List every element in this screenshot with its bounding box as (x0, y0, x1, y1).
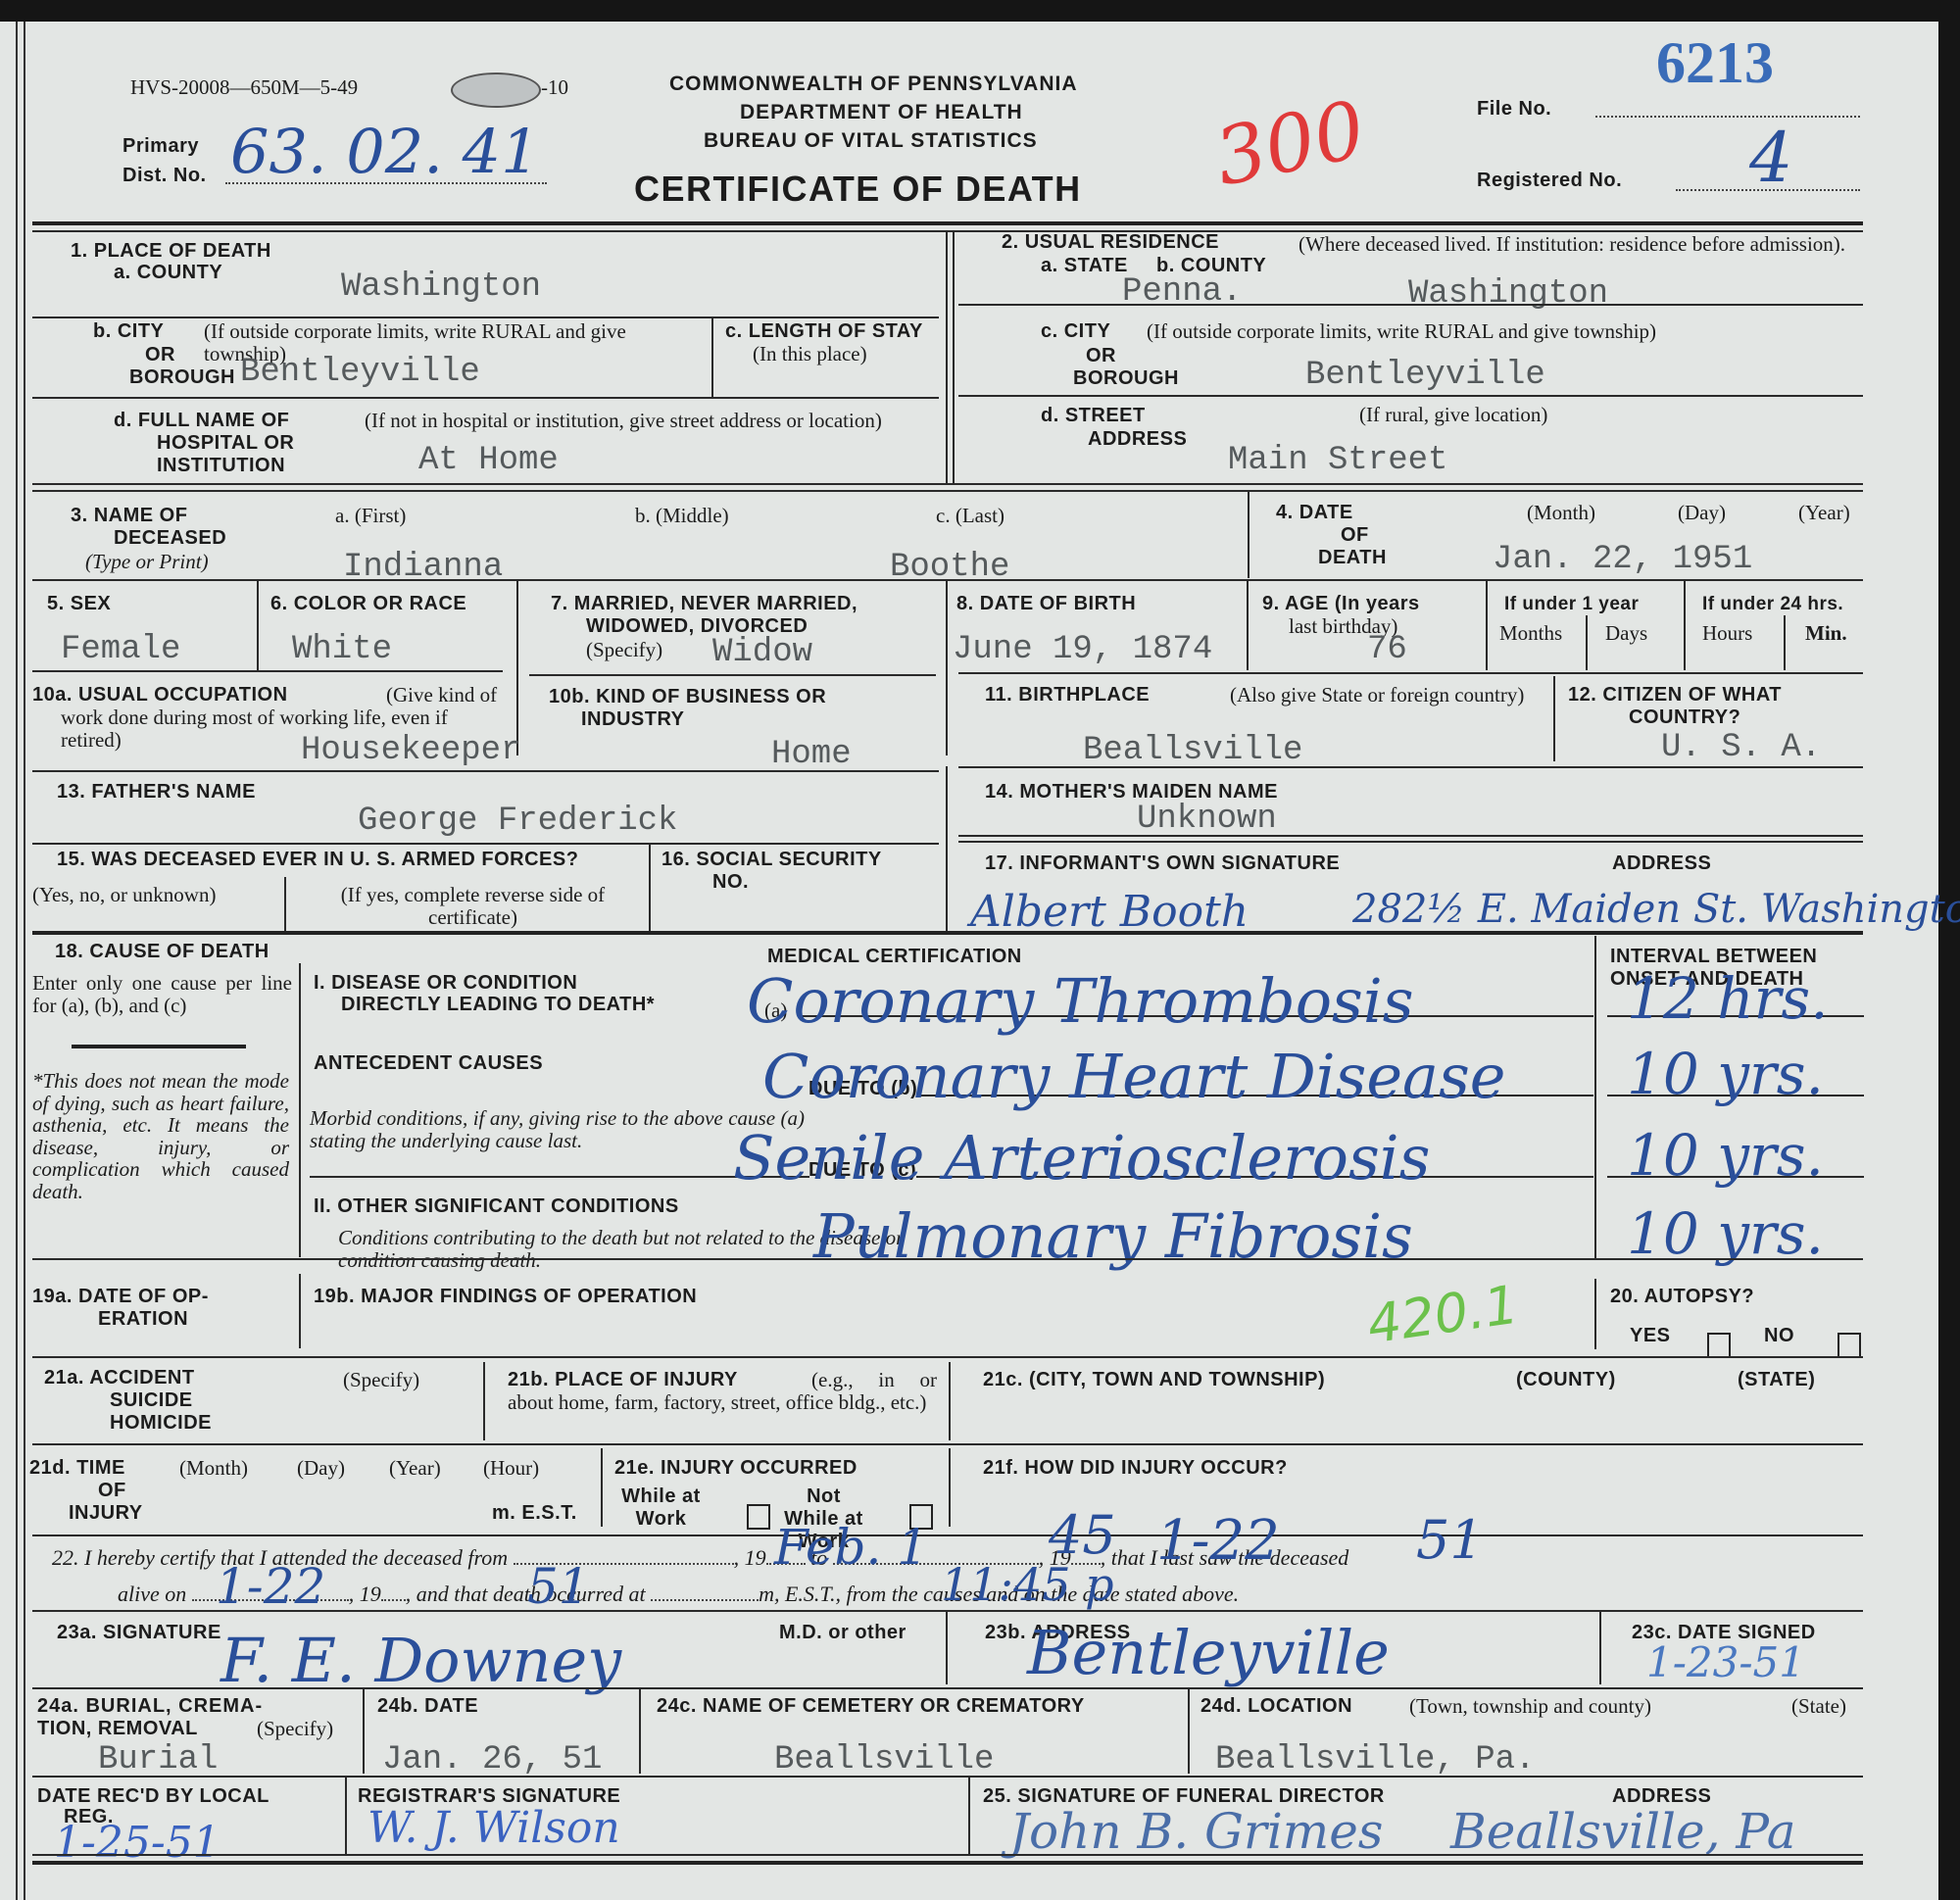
binder-line (16, 22, 18, 1900)
hospital-label-2: HOSPITAL OR (157, 432, 294, 455)
row-rule (958, 304, 1863, 306)
row-rule (32, 483, 1863, 485)
injury-d-month: (Month) (179, 1457, 248, 1480)
dod-day-label: (Day) (1678, 502, 1726, 524)
autopsy-no-label: NO (1764, 1325, 1794, 1347)
divider (483, 1362, 485, 1440)
race-label: 6. COLOR OR RACE (270, 593, 466, 615)
hours-label: Hours (1702, 622, 1752, 645)
hospital-note: (If not in hospital or institution, give… (365, 410, 933, 432)
row-rule (958, 841, 1863, 843)
occupation-value[interactable]: Housekeeper (301, 733, 520, 768)
interval-a-value: 12 hrs. (1627, 965, 1829, 1032)
file-no-label: File No. (1477, 98, 1551, 121)
dod-label-1: 4. DATE (1276, 502, 1353, 524)
citizen-label-1: 12. CITIZEN OF WHAT (1568, 684, 1782, 706)
hospital-value[interactable]: At Home (418, 443, 559, 478)
divider (345, 1776, 347, 1854)
mother-value[interactable]: Unknown (1137, 802, 1277, 837)
attended-from: Feb. 1 (774, 1519, 928, 1576)
street-label-2: ADDRESS (1088, 428, 1187, 451)
cert-text: , 19 (349, 1582, 381, 1606)
reg-date-label-1: DATE REC'D BY LOCAL (37, 1785, 269, 1808)
date-signed-value: 1-23-51 (1646, 1638, 1805, 1686)
city-or-label: OR (145, 344, 175, 366)
row-rule (32, 1610, 1863, 1612)
father-label: 13. FATHER'S NAME (57, 781, 256, 804)
res-state-label: a. STATE (1041, 255, 1128, 277)
dob-label: 8. DATE OF BIRTH (956, 593, 1136, 615)
row-rule (32, 670, 503, 672)
registered-no-label: Registered No. (1477, 170, 1622, 192)
section1-label-2: DIRECTLY LEADING TO DEATH* (341, 994, 655, 1016)
row-rule (32, 490, 1863, 492)
divider (1594, 936, 1596, 1259)
row-rule (32, 1854, 1863, 1856)
location-state: (State) (1791, 1695, 1846, 1718)
morbid-note: Morbid conditions, if any, giving rise t… (310, 1107, 805, 1152)
sig-address-value: Bentleyville (1027, 1617, 1390, 1688)
dist-no-value: 63. 02. 41 (230, 116, 540, 187)
autopsy-label: 20. AUTOPSY? (1610, 1286, 1754, 1308)
dod-label-2: OF (1341, 524, 1369, 547)
registrar-signature: W. J. Wilson (367, 1803, 620, 1853)
divider (284, 877, 286, 931)
length-of-stay-label: c. LENGTH OF STAY (725, 320, 936, 343)
row-rule (529, 674, 936, 676)
marital-label-1: 7. MARRIED, NEVER MARRIED, (551, 593, 857, 615)
other-condition-value: Pulmonary Fibrosis (813, 1200, 1413, 1272)
agency-line-2: DEPARTMENT OF HEALTH (740, 101, 1023, 124)
age-value[interactable]: 76 (1367, 632, 1407, 667)
cemetery-value[interactable]: Beallsville (774, 1742, 994, 1778)
cemetery-label: 24c. NAME OF CEMETERY OR CREMATORY (657, 1695, 1085, 1718)
row-rule (32, 1535, 1863, 1536)
hospital-label-1: d. FULL NAME OF (114, 410, 289, 432)
stamp-number: 6213 (1656, 29, 1774, 97)
divider (946, 579, 948, 755)
location-note: (Town, township and county) (1409, 1695, 1651, 1718)
file-no-field (1595, 116, 1860, 118)
divider (1594, 1279, 1596, 1349)
under-24-label: If under 24 hrs. (1702, 593, 1843, 615)
cause-footnote: *This does not mean the mode of dying, s… (32, 1070, 289, 1202)
ssn-label-1: 16. SOCIAL SECURITY (661, 849, 882, 871)
row-rule (32, 1776, 1863, 1778)
divider (363, 1687, 365, 1774)
death-time: 11:45 p (941, 1558, 1114, 1611)
armed-forces-sub2: (If yes, complete reverse side of certif… (299, 884, 647, 929)
injury-d-est: m. E.S.T. (492, 1502, 577, 1525)
res-city-label: c. CITY (1041, 320, 1110, 343)
middle-name-label: b. (Middle) (635, 505, 729, 527)
injury-c-state: (STATE) (1738, 1369, 1815, 1391)
row-rule (32, 1443, 1863, 1445)
union-label-icon (451, 73, 541, 108)
citizen-label-2: COUNTRY? (1629, 706, 1740, 729)
business-label-1: 10b. KIND OF BUSINESS OR (549, 686, 826, 708)
last-name-label: c. (Last) (936, 505, 1004, 527)
injury-a-label-1: 21a. ACCIDENT (44, 1367, 195, 1389)
deceased-label-3: (Type or Print) (85, 551, 209, 573)
under-year-label: If under 1 year (1504, 593, 1639, 615)
divider (601, 1448, 603, 1527)
attended-year2: 51 (1416, 1509, 1484, 1571)
residence-note: (Where deceased lived. If institution: r… (1298, 233, 1862, 256)
injury-d-year: (Year) (389, 1457, 441, 1480)
sex-value[interactable]: Female (61, 632, 180, 667)
interval-c-value: 10 yrs. (1627, 1122, 1824, 1189)
days-label: Days (1605, 622, 1647, 645)
armed-forces-sub1: (Yes, no, or unknown) (32, 884, 216, 906)
row-rule (958, 672, 1863, 674)
divider (1553, 676, 1555, 761)
burial-date-value[interactable]: Jan. 26, 51 (382, 1742, 602, 1778)
hospital-label-3: INSTITUTION (157, 455, 285, 477)
divider (949, 1362, 951, 1440)
birthplace-note: (Also give State or foreign country) (1230, 684, 1553, 706)
funeral-director-signature: John B. Grimes (1009, 1803, 1383, 1860)
signature-label: 23a. SIGNATURE (57, 1622, 221, 1644)
res-county-value[interactable]: Washington (1408, 276, 1608, 312)
injury-e-label: 21e. INJURY OCCURRED (614, 1457, 857, 1480)
dob-value[interactable]: June 19, 1874 (953, 632, 1212, 667)
row-rule (32, 579, 1863, 581)
divider (639, 1687, 641, 1774)
registered-no-value: 4 (1749, 118, 1793, 198)
divider (649, 845, 651, 931)
divider (516, 579, 518, 755)
divider (1586, 615, 1588, 670)
section2-label: II. OTHER SIGNIFICANT CONDITIONS (314, 1195, 679, 1218)
autopsy-yes-checkbox[interactable] (1707, 1333, 1731, 1358)
alive-year: 51 (527, 1558, 590, 1615)
injury-d-label-3: INJURY (69, 1502, 143, 1525)
agency-line-1: COMMONWEALTH OF PENNSYLVANIA (669, 73, 1077, 96)
alive-on: 1-22 (216, 1558, 325, 1615)
city-label: b. CITY (93, 320, 164, 343)
marital-value[interactable]: Widow (712, 635, 812, 670)
divider (1247, 579, 1249, 670)
divider (1684, 579, 1686, 670)
divider (968, 1776, 970, 1854)
dod-month-label: (Month) (1527, 502, 1595, 524)
res-borough-label: BOROUGH (1073, 367, 1179, 390)
divider (1486, 579, 1488, 670)
divider (946, 1612, 948, 1684)
street-value[interactable]: Main Street (1228, 443, 1447, 478)
injury-b-note: (e.g., in or about home, farm, factory, … (508, 1369, 937, 1414)
county-label: a. COUNTY (114, 262, 222, 284)
injury-d-day: (Day) (297, 1457, 345, 1480)
death-county-value[interactable]: Washington (341, 269, 541, 305)
injury-d-label-2: OF (98, 1480, 126, 1502)
attended-year1: 45 (1049, 1504, 1116, 1566)
divider (946, 230, 948, 483)
injury-a-specify: (Specify) (343, 1369, 419, 1391)
section-rule (32, 931, 1863, 935)
place-of-death-label: 1. PLACE OF DEATH (71, 240, 271, 263)
burial-specify: (Specify) (257, 1718, 333, 1740)
agency-line-3: BUREAU OF VITAL STATISTICS (704, 129, 1038, 153)
row-rule (32, 1356, 1863, 1358)
birthplace-value[interactable]: Beallsville (1083, 733, 1302, 768)
age-label: 9. AGE (In years (1262, 593, 1420, 615)
res-city-value[interactable]: Bentleyville (1305, 358, 1545, 393)
injury-d-hour: (Hour) (483, 1457, 539, 1480)
informant-address: 282½ E. Maiden St. Washington (1352, 887, 1960, 932)
injury-c-label: 21c. (CITY, TOWN AND TOWNSHIP) (983, 1369, 1325, 1391)
citizen-value[interactable]: U. S. A. (1661, 730, 1821, 765)
header-rule (32, 221, 1863, 225)
dist-label: Dist. No. (122, 165, 207, 187)
res-or-label: OR (1086, 345, 1116, 367)
informant-signature: Albert Booth (970, 887, 1249, 937)
res-city-note: (If outside corporate limits, write RURA… (1147, 320, 1862, 343)
sex-label: 5. SEX (47, 593, 111, 615)
row-rule (958, 395, 1863, 397)
borough-label: BOROUGH (129, 366, 235, 389)
business-value[interactable]: Home (771, 737, 852, 772)
page-title: CERTIFICATE OF DEATH (634, 169, 1082, 210)
primary-label: Primary (122, 135, 199, 158)
cert-text: , 19 (734, 1545, 766, 1570)
deceased-label-2: DECEASED (114, 527, 226, 550)
informant-address-label: ADDRESS (1612, 853, 1711, 875)
cert-text: , and that death occurred at (406, 1582, 646, 1606)
divider (949, 1448, 951, 1527)
deceased-label-1: 3. NAME OF (71, 505, 187, 527)
dod-label-3: DEATH (1318, 547, 1387, 569)
physician-signature: F. E. Downey (220, 1625, 621, 1696)
birthplace-label: 11. BIRTHPLACE (985, 684, 1150, 706)
injury-a-label-3: HOMICIDE (110, 1412, 212, 1435)
street-label-1: d. STREET (1041, 405, 1146, 427)
cause-b-value: Coronary Heart Disease (762, 1041, 1506, 1112)
residence-label: 2. USUAL RESIDENCE (1002, 231, 1219, 254)
binder-line (24, 22, 25, 1900)
marital-specify: (Specify) (586, 639, 662, 661)
op-findings-label: 19b. MAJOR FINDINGS OF OPERATION (314, 1286, 697, 1308)
race-value[interactable]: White (292, 632, 392, 667)
burial-value[interactable]: Burial (98, 1742, 218, 1778)
cause-instruction: Enter only one cause per line for (a), (… (32, 972, 292, 1017)
burial-label-1: 24a. BURIAL, CREMA- (37, 1695, 263, 1718)
burial-label-2: TION, REMOVAL (37, 1718, 198, 1740)
divider (299, 963, 301, 1257)
injury-c-county: (COUNTY) (1516, 1369, 1616, 1391)
row-rule (958, 835, 1863, 837)
section1-label-1: I. DISEASE OR CONDITION (314, 972, 577, 995)
divider (711, 317, 713, 398)
row-rule (32, 770, 939, 772)
cause-label: 18. CAUSE OF DEATH (55, 941, 269, 963)
cause-c-value: Senile Arteriosclerosis (733, 1122, 1430, 1194)
divider (299, 1274, 301, 1348)
funeral-address-value: Beallsville, Pa (1450, 1803, 1796, 1860)
min-label: Min. (1805, 622, 1847, 645)
divider (1188, 1687, 1190, 1774)
footer-rule (32, 1861, 1863, 1865)
antecedent-label: ANTECEDENT CAUSES (314, 1052, 543, 1075)
attended-to: 1-22 (1156, 1509, 1280, 1573)
cause-a-value: Coronary Thrombosis (747, 965, 1414, 1037)
dod-year-label: (Year) (1798, 502, 1850, 524)
md-label: M.D. or other (779, 1622, 906, 1644)
autopsy-yes-label: YES (1630, 1325, 1671, 1347)
row-rule (958, 766, 1863, 768)
row-rule (32, 1258, 1863, 1260)
op-date-label-1: 19a. DATE OF OP- (32, 1286, 209, 1308)
ssn-label-2: NO. (712, 871, 749, 894)
injury-f-label: 21f. HOW DID INJURY OCCUR? (983, 1457, 1288, 1480)
street-note: (If rural, give location) (1359, 404, 1547, 426)
armed-forces-label: 15. WAS DECEASED EVER IN U. S. ARMED FOR… (57, 849, 578, 871)
divider (1599, 1612, 1601, 1684)
injury-d-label-1: 21d. TIME (29, 1457, 125, 1480)
row-rule (32, 843, 939, 845)
months-label: Months (1499, 622, 1562, 645)
dod-value[interactable]: Jan. 22, 1951 (1493, 542, 1752, 577)
injury-a-label-2: SUICIDE (110, 1389, 193, 1412)
divider (1784, 615, 1786, 670)
op-date-label-2: ERATION (98, 1308, 188, 1331)
location-value[interactable]: Beallsville, Pa. (1215, 1742, 1535, 1778)
interval-other-value: 10 yrs. (1627, 1200, 1824, 1267)
informant-label: 17. INFORMANT'S OWN SIGNATURE (985, 853, 1340, 875)
divider (1248, 490, 1249, 578)
row-rule (32, 397, 939, 399)
first-name-label: a. (First) (335, 505, 406, 527)
form-code-suffix: -10 (541, 76, 568, 99)
injury-e-while: While at Work (614, 1486, 708, 1531)
short-rule (72, 1045, 246, 1048)
location-label: 24d. LOCATION (1200, 1695, 1352, 1718)
row-rule (32, 317, 939, 318)
while-at-work-checkbox[interactable] (747, 1504, 770, 1530)
cert-text: alive on (118, 1582, 186, 1606)
row-rule (32, 1687, 1863, 1689)
divider (946, 766, 948, 931)
divider (953, 230, 955, 483)
father-value[interactable]: George Frederick (358, 804, 677, 839)
interval-b-value: 10 yrs. (1627, 1041, 1824, 1107)
divider (257, 579, 259, 670)
length-of-stay-note: (In this place) (753, 343, 939, 365)
burial-date-label: 24b. DATE (377, 1695, 478, 1718)
autopsy-no-checkbox[interactable] (1837, 1333, 1861, 1358)
business-label-2: INDUSTRY (581, 708, 684, 731)
death-city-value[interactable]: Bentleyville (240, 355, 480, 390)
form-code: HVS-20008—650M—5-49 (130, 76, 358, 99)
